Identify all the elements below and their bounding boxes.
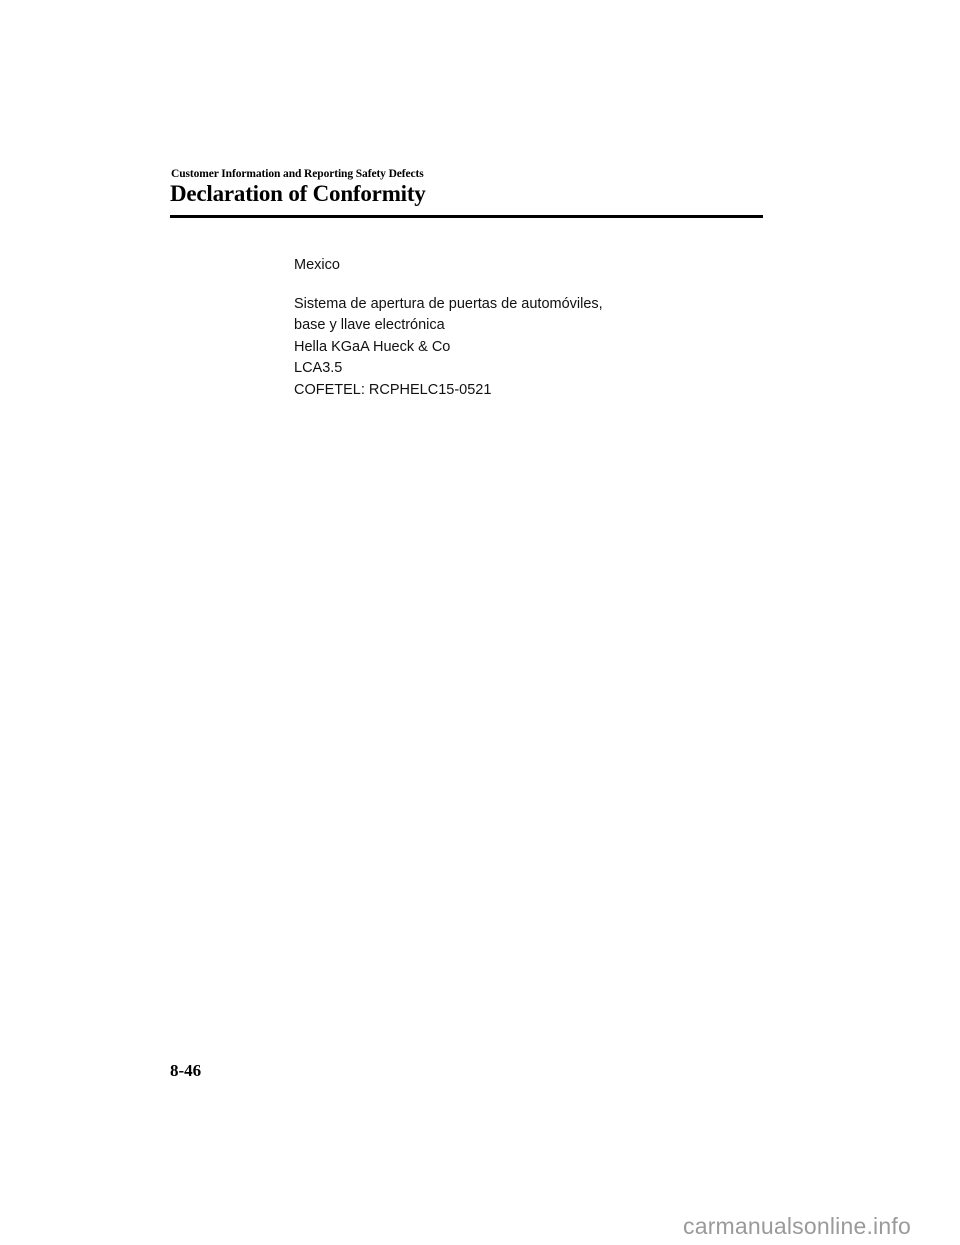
- product-description-line-1: Sistema de apertura de puertas de automó…: [294, 294, 603, 316]
- manufacturer: Hella KGaA Hueck & Co: [294, 337, 603, 359]
- country-label: Mexico: [294, 255, 603, 277]
- watermark: carmanualsonline.info: [683, 1213, 911, 1240]
- page-number: 8-46: [170, 1061, 201, 1081]
- model: LCA3.5: [294, 358, 603, 380]
- product-description-line-2: base y llave electrónica: [294, 315, 603, 337]
- certification-number: COFETEL: RCPHELC15-0521: [294, 380, 603, 402]
- title-divider: [170, 215, 763, 218]
- section-label: Customer Information and Reporting Safet…: [171, 168, 424, 180]
- declaration-content: Mexico Sistema de apertura de puertas de…: [294, 255, 603, 401]
- page-title: Declaration of Conformity: [170, 181, 426, 207]
- spacer: [294, 277, 603, 294]
